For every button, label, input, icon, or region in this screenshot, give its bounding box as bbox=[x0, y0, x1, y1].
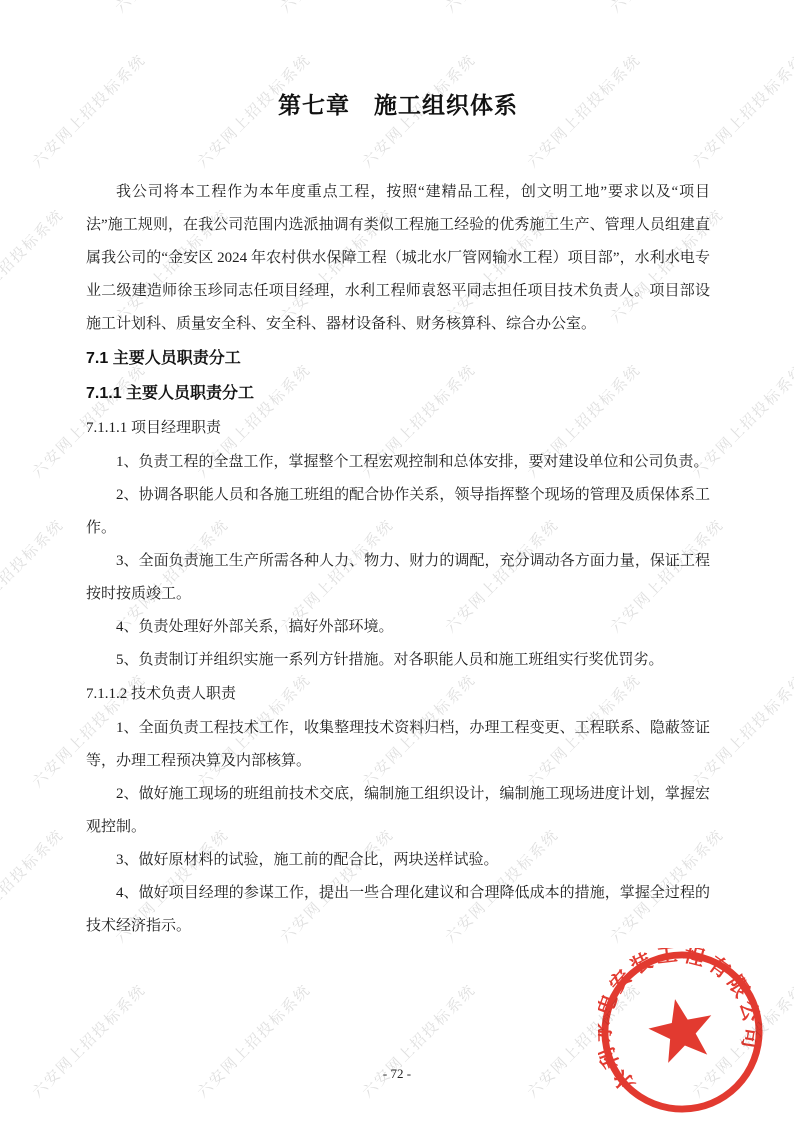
list-item: 1、负责工程的全盘工作，掌握整个工程宏观控制和总体安排，要对建设单位和公司负责。 bbox=[86, 446, 710, 479]
heading-7-1-1: 7.1.1 主要人员职责分工 bbox=[86, 376, 710, 411]
watermark-text: 六安网上招投标系统 bbox=[522, 979, 645, 1102]
watermark-text: 六安网上招投标系统 bbox=[0, 514, 68, 637]
seal-ring bbox=[598, 948, 766, 1116]
document-content: 第七章 施工组织体系 我公司将本工程作为本年度重点工程，按照“建精品工程，创文明… bbox=[86, 88, 710, 943]
heading-7-1-1-1: 7.1.1.1 项目经理职责 bbox=[86, 411, 710, 446]
list-item: 1、全面负责工程技术工作，收集整理技术资料归档，办理工程变更、工程联系、隐蔽签证… bbox=[86, 712, 710, 778]
company-seal-stamp: 水利水电安装工程有限公司 bbox=[598, 948, 766, 1116]
list-item: 2、做好施工现场的班组前技术交底，编制施工组织设计，编制施工现场进度计划，掌握宏… bbox=[86, 778, 710, 844]
watermark-text: 六安网上招投标系统 bbox=[110, 0, 233, 17]
page-number: - 72 - bbox=[0, 1066, 794, 1082]
list-item: 2、协调各职能人员和各施工班组的配合协作关系，领导指挥整个现场的管理及质保体系工… bbox=[86, 479, 710, 545]
watermark-text: 六安网上招投标系统 bbox=[605, 0, 728, 17]
page-title: 第七章 施工组织体系 bbox=[86, 88, 710, 122]
document-page: 六安网上招投标系统六安网上招投标系统六安网上招投标系统六安网上招投标系统六安网上… bbox=[0, 0, 794, 1122]
watermark-text: 六安网上招投标系统 bbox=[0, 204, 68, 327]
watermark-text: 六安网上招投标系统 bbox=[440, 0, 563, 17]
seal-star-icon bbox=[644, 992, 720, 1065]
watermark-text: 六安网上招投标系统 bbox=[0, 0, 68, 17]
list-item: 4、做好项目经理的参谋工作，提出一些合理化建议和合理降低成本的措施，掌握全过程的… bbox=[86, 877, 710, 943]
watermark-text: 六安网上招投标系统 bbox=[687, 979, 794, 1102]
watermark-text: 六安网上招投标系统 bbox=[0, 824, 68, 947]
list-item: 5、负责制订并组织实施一系列方针措施。对各职能人员和施工班组实行奖优罚劣。 bbox=[86, 644, 710, 677]
list-item: 3、全面负责施工生产所需各种人力、物力、财力的调配，充分调动各方面力量，保证工程… bbox=[86, 545, 710, 611]
heading-7-1: 7.1 主要人员职责分工 bbox=[86, 341, 710, 376]
heading-7-1-1-2: 7.1.1.2 技术负责人职责 bbox=[86, 677, 710, 712]
intro-paragraph: 我公司将本工程作为本年度重点工程，按照“建精品工程，创文明工地”要求以及“项目法… bbox=[86, 176, 710, 341]
watermark-text: 六安网上招投标系统 bbox=[192, 979, 315, 1102]
list-item: 3、做好原材料的试验，施工前的配合比，两块送样试验。 bbox=[86, 844, 710, 877]
list-item: 4、负责处理好外部关系，搞好外部环境。 bbox=[86, 611, 710, 644]
watermark-text: 六安网上招投标系统 bbox=[27, 979, 150, 1102]
watermark-text: 六安网上招投标系统 bbox=[357, 979, 480, 1102]
watermark-text: 六安网上招投标系统 bbox=[275, 0, 398, 17]
